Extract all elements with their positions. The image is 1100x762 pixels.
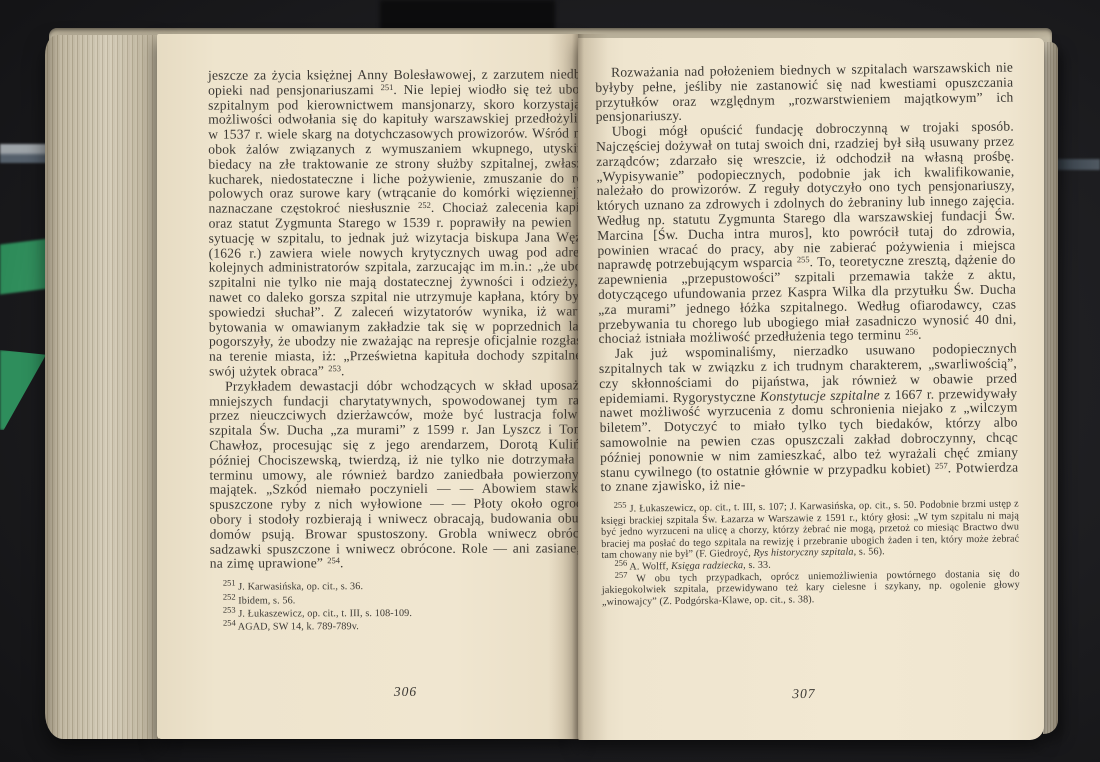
left-page-body: jeszcze za życia księżnej Anny Bolesławo… xyxy=(208,67,603,571)
footnote-marker: 255 xyxy=(797,255,810,265)
right-page-footnotes: 255 J. Łukaszewicz, op. cit., t. III, s.… xyxy=(601,499,1020,609)
body-paragraph: jeszcze za życia księżnej Anny Bolesławo… xyxy=(208,67,602,379)
right-page-number: 307 xyxy=(595,683,1013,704)
footnote-marker: 252 xyxy=(223,591,236,601)
footnote: 251 J. Karwasińska, op. cit., s. 36. xyxy=(210,579,603,594)
footnote-marker: 255 xyxy=(614,500,627,510)
italic-phrase: Konstytucje szpitalne xyxy=(760,387,880,404)
body-paragraph: Przykładem dewastacji dóbr wchodzących w… xyxy=(209,378,603,572)
footnote-marker: 252 xyxy=(418,200,431,210)
footnote-marker: 254 xyxy=(327,556,340,566)
right-page-body: Rozważania nad położeniem biednych w szp… xyxy=(595,61,1019,496)
italic-phrase: Rys historyczny szpitala xyxy=(753,547,853,559)
footnote-marker: 256 xyxy=(905,327,918,337)
left-fore-edge-pages xyxy=(45,35,159,739)
body-paragraph: Ubogi mógł opuścić fundację dobroczynną … xyxy=(596,120,1017,347)
right-page-text-block: Rozważania nad położeniem biednych w szp… xyxy=(595,61,1020,609)
footnote-marker: 253 xyxy=(328,363,341,373)
left-page-footnotes: 251 J. Karwasińska, op. cit., s. 36.252 … xyxy=(210,579,603,634)
footnote: 255 J. Łukaszewicz, op. cit., t. III, s.… xyxy=(601,499,1020,562)
right-page: Rozważania nad położeniem biednych w szp… xyxy=(578,38,1044,740)
left-page: jeszcze za życia księżnej Anny Bolesławo… xyxy=(157,34,578,739)
footnote: 253 J. Łukaszewicz, op. cit., t. III, s.… xyxy=(210,606,603,621)
right-fore-edge-pages xyxy=(1043,42,1058,734)
footnote-marker: 257 xyxy=(615,569,628,579)
photo-background: jeszcze za życia księżnej Anny Bolesławo… xyxy=(0,0,1100,762)
footnote-marker: 257 xyxy=(935,460,948,470)
body-paragraph: Jak już wspominaliśmy, nierzadko usuwano… xyxy=(599,342,1019,495)
footnote: 257 W obu tych przypadkach, oprócz uniem… xyxy=(602,568,1020,608)
left-page-text-block: jeszcze za życia księżnej Anny Bolesławo… xyxy=(208,67,603,634)
footnote-marker: 254 xyxy=(223,618,236,628)
footnote: 252 Ibidem, s. 56. xyxy=(210,593,603,608)
footnote-marker: 253 xyxy=(223,605,236,615)
open-book: jeszcze za życia księżnej Anny Bolesławo… xyxy=(45,28,1058,744)
footnote: 254 AGAD, SW 14, k. 789-789v. xyxy=(210,620,603,635)
italic-phrase: Księga radziecka xyxy=(671,560,743,572)
background-green-wedge xyxy=(0,350,46,430)
footnote-marker: 256 xyxy=(614,558,627,568)
left-page-number: 306 xyxy=(209,684,602,700)
footnote-marker: 251 xyxy=(223,578,236,588)
footnote-marker: 251 xyxy=(381,82,394,92)
body-paragraph: Rozważania nad położeniem biednych w szp… xyxy=(595,61,1014,126)
